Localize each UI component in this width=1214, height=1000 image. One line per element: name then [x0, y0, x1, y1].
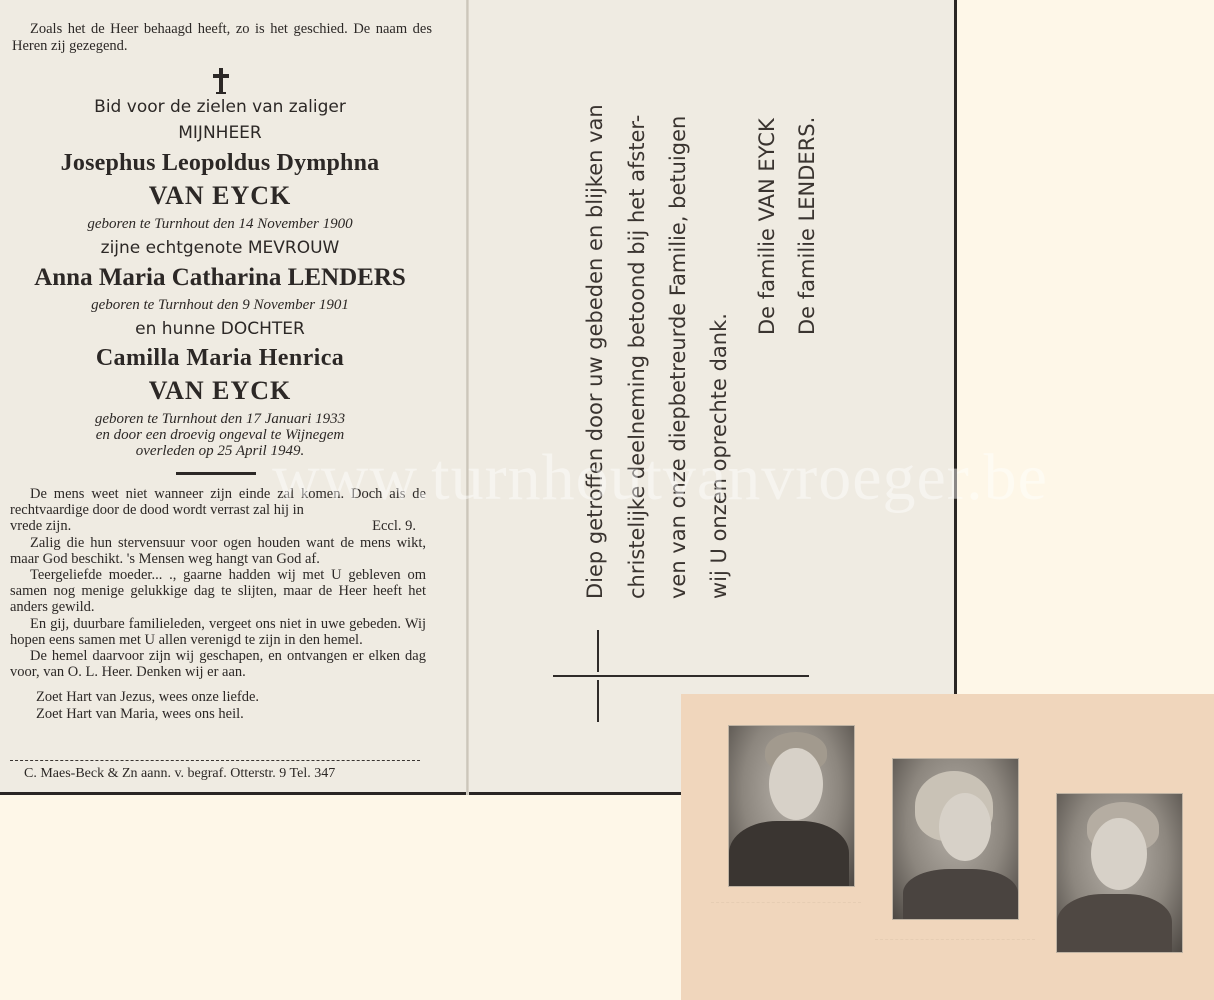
scripture-end: vrede zijn.: [10, 518, 71, 534]
relation-spouse: zijne echtgenote MEVROUW: [0, 238, 440, 258]
person3-born: geboren te Turnhout den 17 Januari 1933: [0, 411, 440, 427]
signature-van-eyck: De familie VAN EYCK: [755, 79, 779, 335]
person1-given-names: Josephus Leopoldus Dymphna: [0, 150, 440, 177]
person3-details: geboren te Turnhout den 17 Januari 1933 …: [0, 411, 440, 459]
scripture-reference: Eccl. 9.: [372, 518, 426, 534]
cross-icon: [209, 66, 233, 96]
body-paragraph: Teergeliefde moeder... ., gaarne hadden …: [10, 567, 426, 616]
right-panel: Diep getroffen door uw gebeden en blijke…: [469, 0, 954, 795]
thanks-line: ven van onze diepbetreurde Familie, betu…: [666, 79, 690, 599]
thanks-line: christelijke deelneming betoond bij het …: [625, 79, 649, 599]
body-paragraph: De hemel daarvoor zijn wij geschapen, en…: [10, 648, 426, 680]
closing-prayer-1: Zoet Hart van Jezus, wees onze liefde.: [10, 689, 426, 705]
person3-surname: VAN EYCK: [0, 376, 440, 406]
person3-died: overleden op 25 April 1949.: [0, 443, 440, 459]
person1-surname: VAN EYCK: [0, 181, 440, 211]
body-paragraph: Zalig die hun stervensuur voor ogen houd…: [10, 535, 426, 567]
relation-daughter: en hunne DOCHTER: [0, 319, 440, 339]
body-paragraph: En gij, duurbare familieleden, vergeet o…: [10, 616, 426, 648]
body-text: De mens weet niet wanneer zijn einde zal…: [10, 486, 426, 722]
address-line: [553, 675, 809, 677]
person3-given-names: Camilla Maria Henrica: [0, 345, 440, 372]
portrait-photo-young-woman: [893, 759, 1018, 919]
title-mijnheer: MIJNHEER: [0, 123, 440, 143]
address-tick: [597, 680, 599, 722]
closing-prayer-2: Zoet Hart van Maria, wees ons heil.: [10, 706, 426, 722]
printer-credit: C. Maes-Beck & Zn aann. v. begraf. Otter…: [24, 766, 424, 782]
prayer-request: Bid voor de zielen van zaliger: [0, 97, 440, 117]
photo-card: [681, 694, 1214, 1000]
body-paragraph: De mens weet niet wanneer zijn einde zal…: [10, 486, 426, 518]
portrait-photo-man: [729, 726, 854, 886]
signature-lenders: De familie LENDERS.: [795, 79, 819, 335]
person3-accident: en door een droevig ongeval te Wijnegem: [0, 427, 440, 443]
thanks-line: wij U onzen oprechte dank.: [707, 79, 731, 599]
scripture-line: vrede zijn. Eccl. 9.: [10, 518, 426, 534]
person2-full-name: Anna Maria Catharina LENDERS: [0, 264, 440, 292]
memorial-card: Zoals het de Heer behaagd heeft, zo is h…: [0, 0, 957, 795]
left-panel: Zoals het de Heer behaagd heeft, zo is h…: [0, 0, 460, 795]
person2-born: geboren te Turnhout den 9 November 1901: [0, 297, 440, 314]
dashed-divider: [10, 760, 420, 761]
section-divider: [176, 472, 256, 475]
person1-born: geboren te Turnhout den 14 November 1900: [0, 216, 440, 233]
address-tick: [597, 630, 599, 672]
intro-text: Zoals het de Heer behaagd heeft, zo is h…: [12, 21, 432, 55]
thanks-line: Diep getroffen door uw gebeden en blijke…: [583, 79, 607, 599]
portrait-photo-older-woman: [1057, 794, 1182, 952]
